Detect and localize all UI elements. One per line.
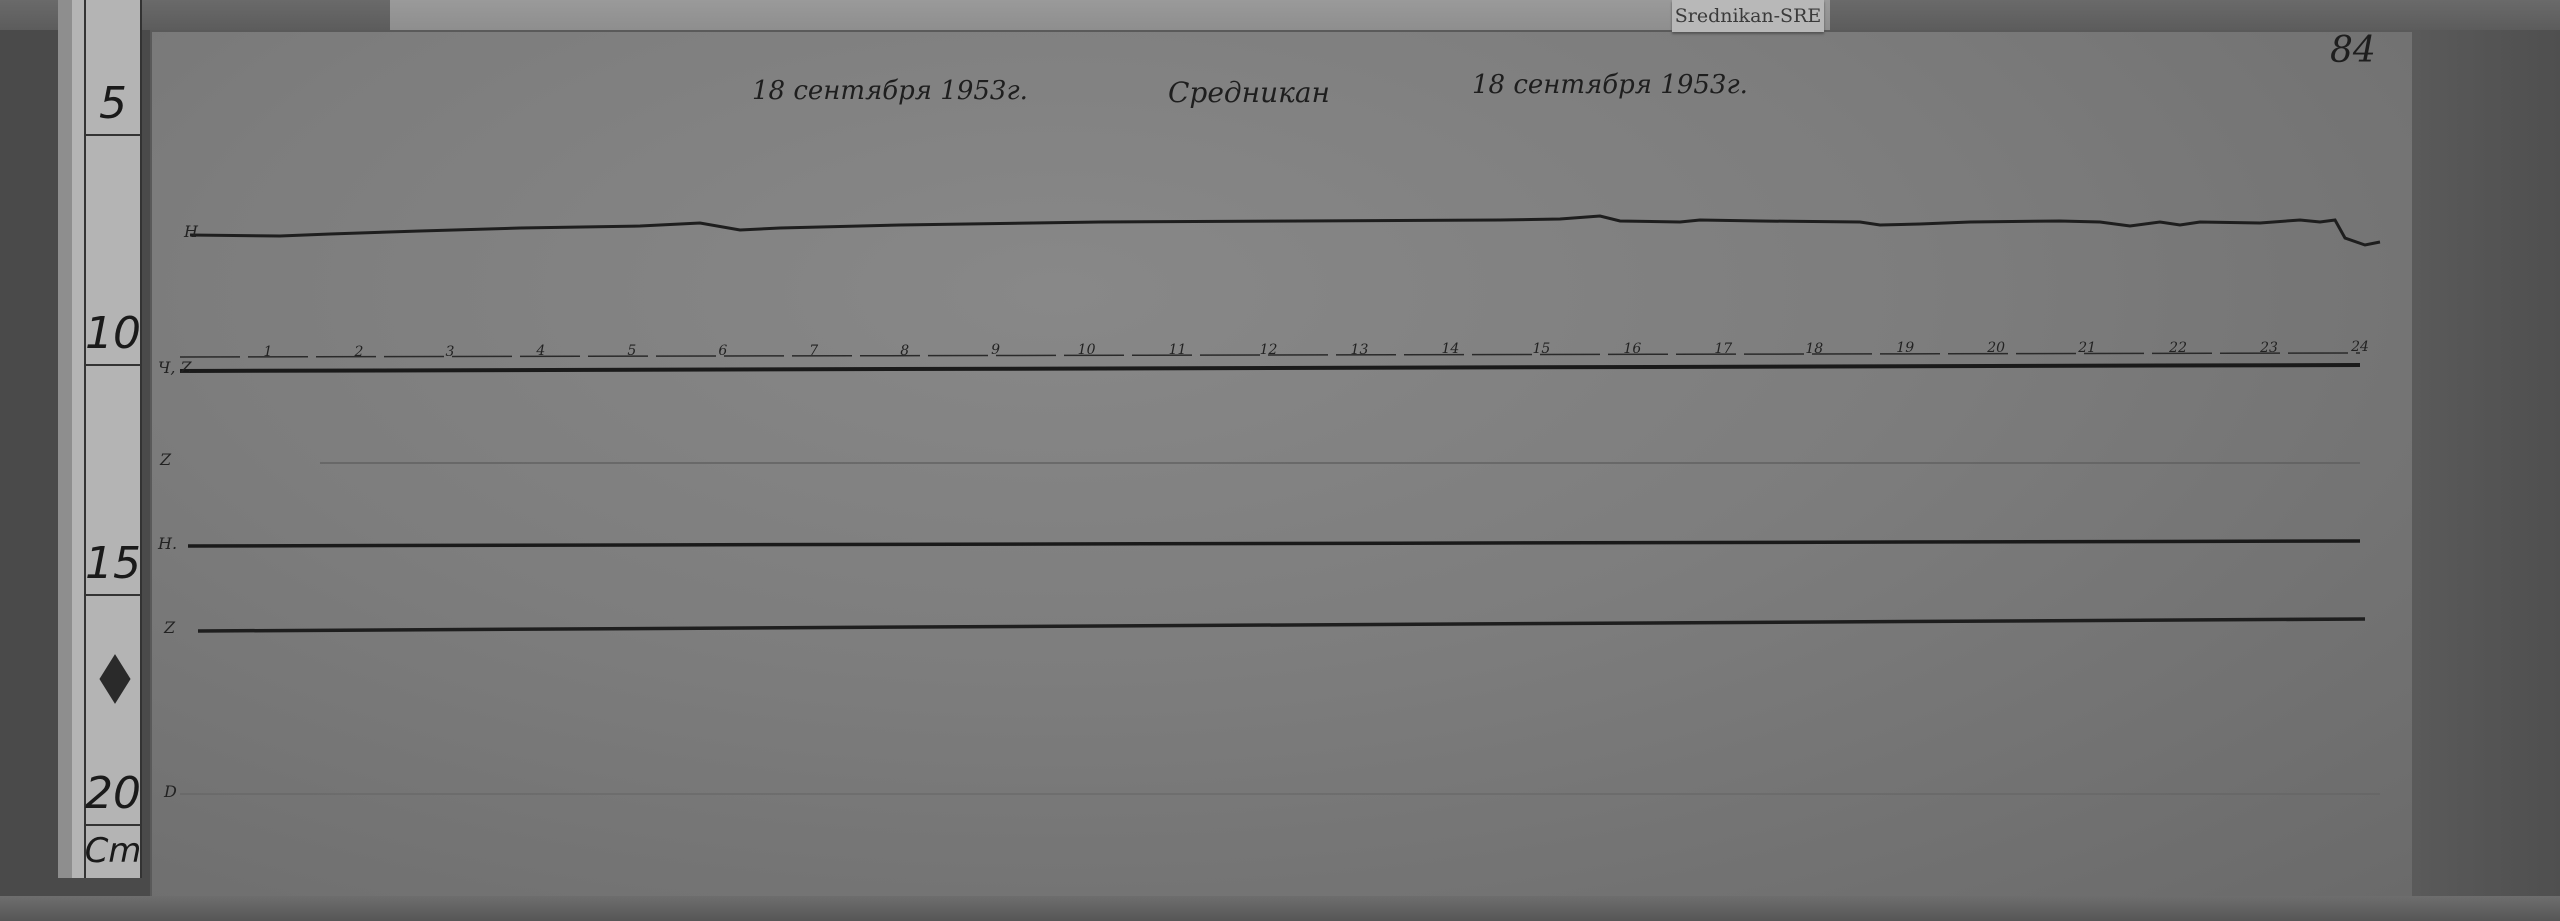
hour-mark: 10 xyxy=(1078,342,1096,358)
hour-mark: 13 xyxy=(1351,342,1369,358)
hour-mark: 8 xyxy=(900,343,909,359)
hour-mark: 9 xyxy=(991,342,1000,358)
hour-mark: 24 xyxy=(2351,339,2369,355)
hour-mark: 19 xyxy=(1896,340,1914,356)
hour-mark: 23 xyxy=(2260,340,2278,356)
trace-label-baseline-1: H. xyxy=(158,534,177,553)
trace-label-h: H xyxy=(184,222,198,241)
trace-label-bottom: D xyxy=(164,782,177,801)
hour-mark: 14 xyxy=(1442,341,1460,357)
hour-mark: 6 xyxy=(718,343,727,359)
hour-mark: 18 xyxy=(1805,341,1823,357)
hour-mark: 7 xyxy=(809,343,818,359)
hour-mark: 3 xyxy=(445,344,454,360)
hour-mark: 17 xyxy=(1714,341,1732,357)
hour-mark: 2 xyxy=(354,344,363,360)
hour-mark: 21 xyxy=(2078,340,2096,356)
trace-label-d: Ч, Z xyxy=(158,358,192,377)
hour-mark: 16 xyxy=(1623,341,1641,357)
trace-canvas xyxy=(0,0,2560,921)
hour-mark: 4 xyxy=(536,343,545,359)
trace-label-z: Z xyxy=(160,450,171,469)
hour-mark: 22 xyxy=(2169,340,2187,356)
hour-mark: 1 xyxy=(264,344,273,360)
trace-h xyxy=(190,216,2380,245)
hour-mark: 5 xyxy=(627,343,636,359)
trace-label-baseline-2: Z xyxy=(164,618,175,637)
trace-baseline-1 xyxy=(188,541,2360,546)
hour-mark: 12 xyxy=(1260,342,1278,358)
hour-mark: 11 xyxy=(1169,342,1187,358)
trace-baseline-2 xyxy=(198,619,2365,631)
trace-d xyxy=(180,365,2360,371)
hour-mark: 15 xyxy=(1532,341,1550,357)
hour-mark: 20 xyxy=(1987,340,2005,356)
